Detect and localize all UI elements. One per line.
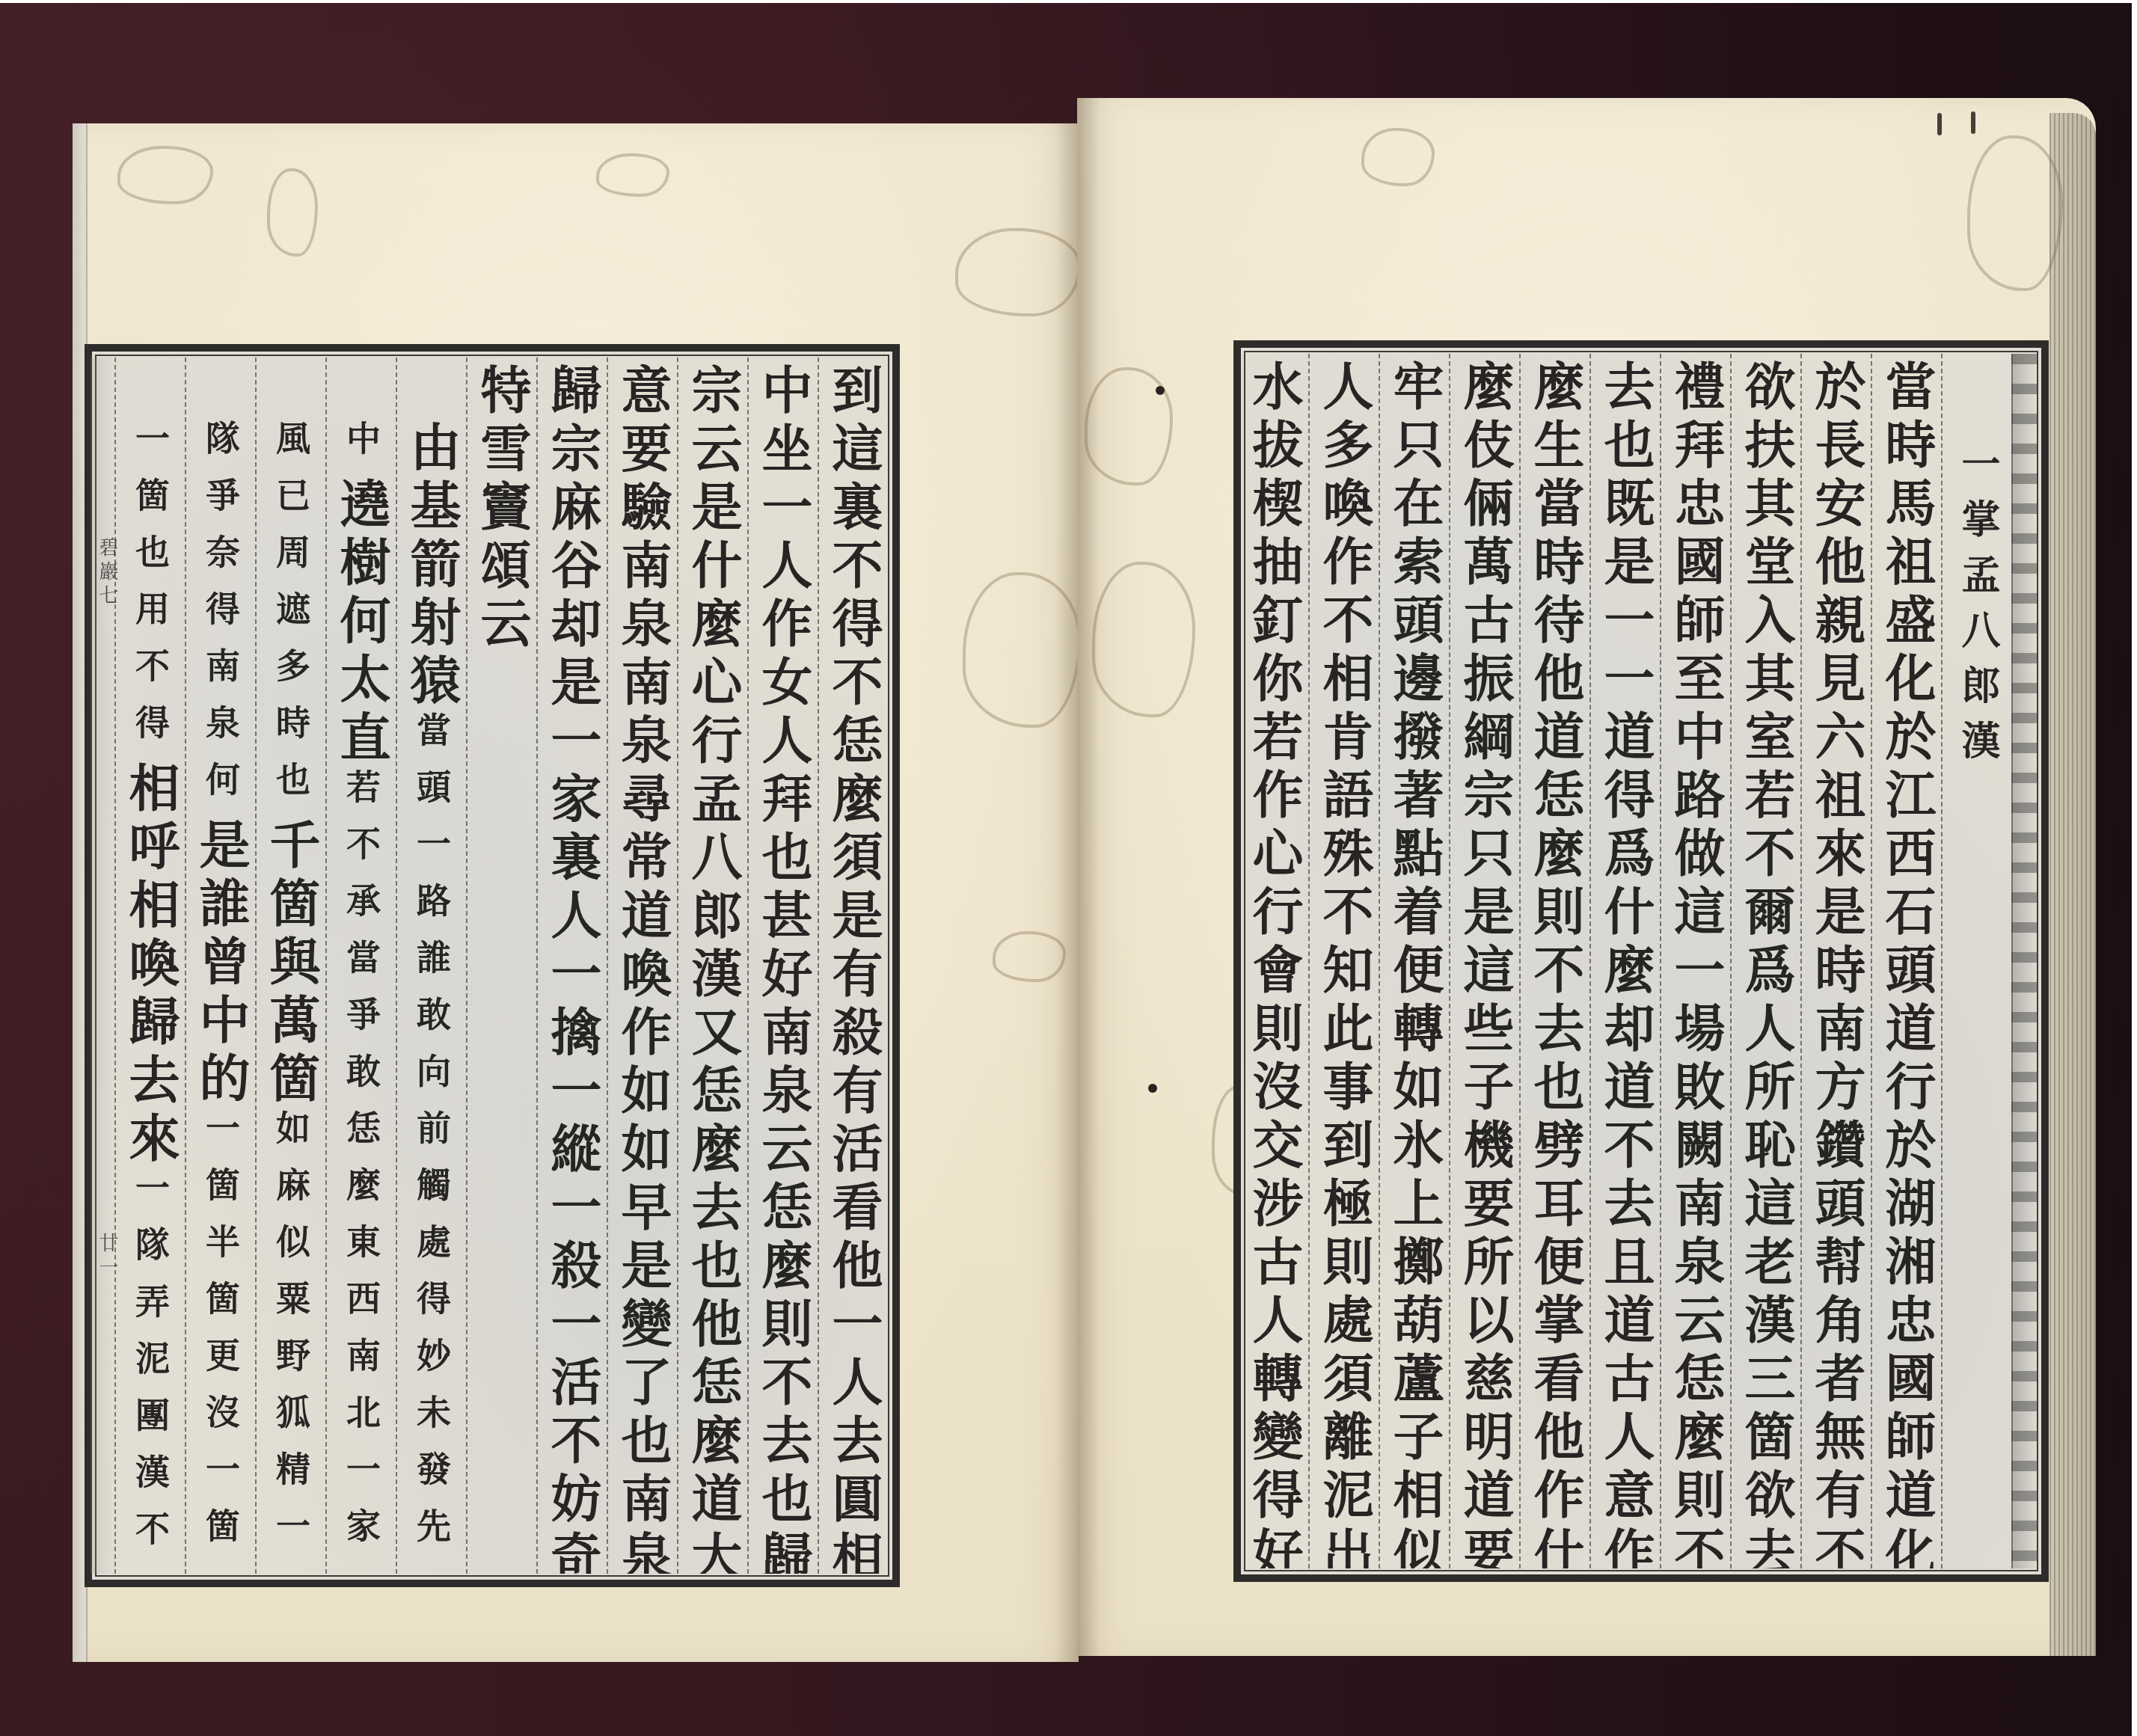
water-stain xyxy=(1085,367,1173,485)
verse-column: 隊爭奈得南泉何是誰曾中的一箇半箇更沒一箇 xyxy=(185,358,255,1574)
text-column: 人多喚作不相肯語殊不知此事到極則處須離泥出 xyxy=(1308,354,1379,1568)
text-column: 意要驗南泉南泉尋常道喚作如如早是變了也南泉 xyxy=(607,358,677,1574)
text-column: 當時馬祖盛化於江西石頭道行於湖湘忠國師道化 xyxy=(1871,354,1941,1568)
gutter-shadow xyxy=(1056,123,1079,1662)
worm-hole xyxy=(1156,386,1165,395)
commentary: 若不承當爭敢恁麼東西南北一家 xyxy=(341,769,381,1565)
main-text: 牢只在索頭邊撥著點着便轉如氷上擲葫蘆子相似 xyxy=(1385,360,1444,1568)
commentary: 風已周遮多時也 xyxy=(271,420,311,818)
right-text-block: 一掌孟八郎漢 當時馬祖盛化於江西石頭道行於湖湘忠國師道化 於長安他親見六祖來是時… xyxy=(1233,340,2049,1582)
main-text: 麼伎倆萬古振綱宗只是這些子機要所以慈明道要 xyxy=(1455,360,1515,1568)
text-column: 於長安他親見六祖來是時南方鑽頭幇角者無有不 xyxy=(1800,354,1871,1568)
verse-column: 中遶樹何太直若不承當爭敢恁麼東西南北一家 xyxy=(325,358,396,1574)
verse-column: 由基箭射猿當頭一路誰敢向前觸處得妙未發先 xyxy=(396,358,466,1574)
main-text: 欲扶其堂入其室若不爾爲人所恥這老漢三箇欲去 xyxy=(1736,360,1796,1568)
text-column: 牢只在索頭邊撥著點着便轉如氷上擲葫蘆子相似 xyxy=(1379,354,1449,1568)
text-column: 欲扶其堂入其室若不爾爲人所恥這老漢三箇欲去 xyxy=(1730,354,1800,1568)
verse-line: 由基箭射猿 xyxy=(402,420,462,712)
main-text: 歸宗麻谷却是一家裏人一擒一縱一殺一活不妨奇 xyxy=(542,364,602,1574)
verse-line: 遶樹何太直 xyxy=(331,477,391,769)
main-text: 麼生當時待他道恁麼則不去也劈耳便掌看他作什 xyxy=(1525,360,1585,1568)
page-stack-edge xyxy=(2049,113,2096,1656)
commentary: 如麻似粟野狐精一 xyxy=(271,1110,311,1565)
block-center-margin: 碧巖七 廿一 xyxy=(89,358,114,1574)
text-column: 中坐一人作女人拜也甚好南泉云恁麼則不去也歸 xyxy=(747,358,818,1574)
commentary: 一箇也用不得 xyxy=(130,420,171,761)
water-stain xyxy=(596,153,669,197)
commentary: 隊爭奈得南泉何 xyxy=(200,420,241,818)
commentary-column: 一掌孟八郎漢 xyxy=(1941,354,2011,1568)
water-stain xyxy=(1361,128,1435,186)
main-text: 水拔楔抽釘你若作心行會則沒交涉古人轉變得好 xyxy=(1244,360,1304,1568)
text-column: 麼伎倆萬古振綱宗只是這些子機要所以慈明道要 xyxy=(1449,354,1519,1568)
text-column: 到這裏不得不恁麼須是有殺有活看他一人去圓相 xyxy=(818,358,888,1574)
ink-mark xyxy=(1971,111,1975,134)
water-stain xyxy=(1967,135,2063,291)
main-text: 意要驗南泉南泉尋常道喚作如如早是變了也南泉 xyxy=(613,364,672,1574)
left-text-block: 到這裏不得不恁麼須是有殺有活看他一人去圓相 中坐一人作女人拜也甚好南泉云恁麼則不… xyxy=(85,344,900,1587)
ink-mark xyxy=(1937,113,1942,135)
main-text: 於長安他親見六祖來是時南方鑽頭幇角者無有不 xyxy=(1806,360,1866,1568)
commentary: 一掌孟八郎漢 xyxy=(1954,444,2000,776)
text-column: 去也既是一一道得爲什麼却道不去且道古人意作 xyxy=(1589,354,1660,1568)
folio-number: 廿一 xyxy=(93,1233,121,1280)
water-stain xyxy=(1092,562,1195,717)
worm-hole xyxy=(1148,1084,1157,1093)
water-stain xyxy=(117,146,213,204)
text-column: 水拔楔抽釘你若作心行會則沒交涉古人轉變得好 xyxy=(1238,354,1308,1568)
block-center-margin xyxy=(2011,354,2037,1568)
verse-heading-column: 特雪竇頌云 xyxy=(466,358,536,1574)
water-stain xyxy=(267,168,318,257)
gutter-shadow xyxy=(1077,98,1100,1656)
main-text: 中坐一人作女人拜也甚好南泉云恁麼則不去也歸 xyxy=(753,364,813,1574)
volume-label: 碧巖七 xyxy=(93,537,121,609)
verse-heading: 特雪竇頌云 xyxy=(472,364,532,655)
verse-line: 相呼相喚歸去來 xyxy=(120,761,180,1170)
water-stain xyxy=(963,572,1081,728)
commentary: 一箇半箇更沒一箇 xyxy=(200,1110,241,1565)
main-text: 禮拜忠國師至中路做這一場敗闕南泉云恁麼則不 xyxy=(1666,360,1726,1568)
commentary: 當頭一路誰敢向前觸處得妙未發先 xyxy=(411,712,452,1565)
left-page: 到這裏不得不恁麼須是有殺有活看他一人去圓相 中坐一人作女人拜也甚好南泉云恁麼則不… xyxy=(73,123,1079,1662)
verse-line: 千箇與萬箇 xyxy=(261,818,321,1110)
main-text: 到這裏不得不恁麼須是有殺有活看他一人去圓相 xyxy=(824,364,883,1574)
commentary: 中 xyxy=(341,420,381,477)
verse-column: 風已周遮多時也千箇與萬箇如麻似粟野狐精一 xyxy=(255,358,325,1574)
commentary: 一隊弄泥團漢不 xyxy=(130,1170,171,1568)
water-stain xyxy=(955,228,1081,316)
text-column: 歸宗麻谷却是一家裏人一擒一縱一殺一活不妨奇 xyxy=(536,358,607,1574)
main-text: 人多喚作不相肯語殊不知此事到極則處須離泥出 xyxy=(1314,360,1374,1568)
text-column: 禮拜忠國師至中路做這一場敗闕南泉云恁麼則不 xyxy=(1660,354,1730,1568)
verse-column: 一箇也用不得相呼相喚歸去來一隊弄泥團漢不 xyxy=(114,358,185,1574)
main-text: 宗云是什麼心行孟八郎漢又恁麼去也他恁麼道大 xyxy=(683,364,743,1574)
main-text: 當時馬祖盛化於江西石頭道行於湖湘忠國師道化 xyxy=(1877,360,1937,1568)
main-text: 去也既是一一道得爲什麼却道不去且道古人意作 xyxy=(1595,360,1655,1568)
text-column: 宗云是什麼心行孟八郎漢又恁麼去也他恁麼道大 xyxy=(677,358,747,1574)
right-page: 一掌孟八郎漢 當時馬祖盛化於江西石頭道行於湖湘忠國師道化 於長安他親見六祖來是時… xyxy=(1077,98,2096,1656)
water-stain xyxy=(993,931,1066,982)
verse-line: 是誰曾中的 xyxy=(191,818,251,1110)
text-column: 麼生當時待他道恁麼則不去也劈耳便掌看他作什 xyxy=(1519,354,1589,1568)
